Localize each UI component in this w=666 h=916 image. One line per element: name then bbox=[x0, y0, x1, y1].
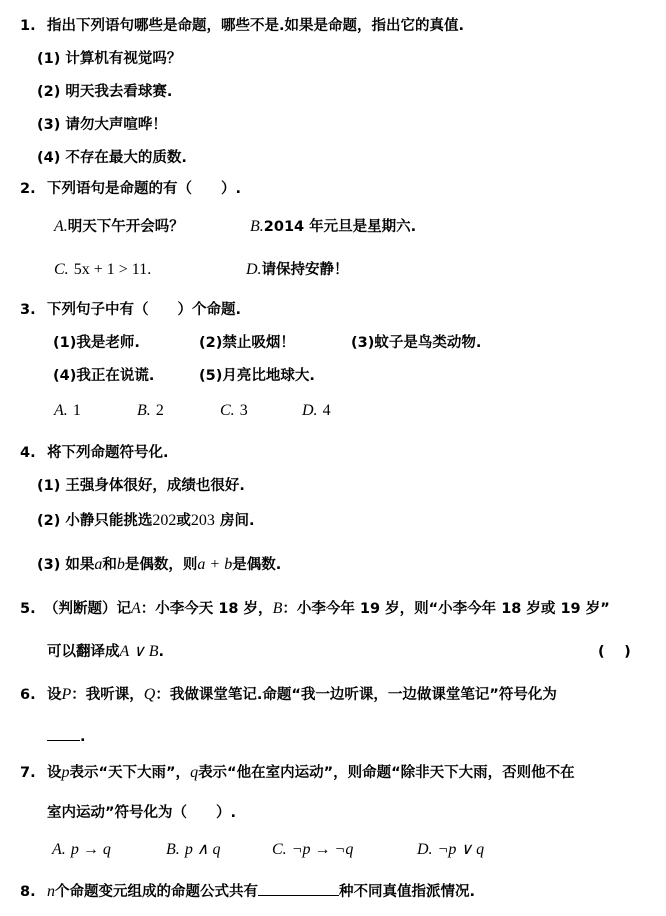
option-text: 1 bbox=[73, 402, 81, 419]
question-text: 表示“他在室内运动”，则命题“除非天下大雨，否则他不在 bbox=[198, 765, 575, 781]
question-text: 表示“天下大雨”， bbox=[70, 765, 191, 781]
option-text: 3 bbox=[240, 402, 248, 419]
option-letter: C. bbox=[220, 402, 235, 419]
question-7-option-d: D. ¬p ∨ q bbox=[417, 841, 484, 859]
question-text: （判断题）记 bbox=[44, 601, 131, 617]
room-number: 203 bbox=[191, 512, 215, 529]
question-7-number: 7. bbox=[20, 764, 36, 782]
item-text: 是偶数. bbox=[232, 557, 281, 573]
question-1-item-1: (1) 计算机有视觉吗？ bbox=[37, 50, 181, 68]
question-3-option-b: B. 2 bbox=[137, 402, 164, 420]
answer-parentheses: ( ) bbox=[598, 643, 631, 661]
question-4-stem: 将下列命题符号化. bbox=[47, 444, 169, 462]
fill-blank[interactable] bbox=[258, 883, 339, 896]
question-3-sentence-3: (3)蚊子是鸟类动物. bbox=[351, 334, 481, 352]
item-text: 小静只能挑选 bbox=[65, 513, 152, 529]
item-label: (1) bbox=[37, 478, 60, 494]
question-1-number: 1. bbox=[20, 17, 36, 35]
question-8-line: n个命题变元组成的命题公式共有种不同真值指派情况. bbox=[47, 883, 475, 901]
option-text: 明天下午开会吗？ bbox=[68, 219, 184, 235]
option-letter: B. bbox=[250, 218, 264, 235]
variable: p bbox=[62, 764, 70, 781]
question-3-sentence-2: (2)禁止吸烟！ bbox=[199, 334, 295, 352]
question-7-option-c: C. ¬p → ¬q bbox=[272, 841, 353, 859]
question-1-item-4: (4) 不存在最大的质数. bbox=[37, 149, 187, 167]
question-6-line-1: 设P：我听课，Q：我做课堂笔记.命题“我一边听课，一边做课堂笔记”符号化为 bbox=[47, 686, 557, 704]
question-text: ：我做课堂笔记.命题“我一边听课，一边做课堂笔记”符号化为 bbox=[155, 687, 557, 703]
question-1-item-3: (3) 请勿大声喧哗！ bbox=[37, 116, 167, 134]
item-text: 如果 bbox=[65, 557, 94, 573]
variable: n bbox=[47, 883, 55, 900]
question-2-stem: 下列语句是命题的有（ ）. bbox=[47, 180, 241, 198]
option-text: 4 bbox=[323, 402, 331, 419]
question-7-option-b: B. p ∧ q bbox=[166, 841, 221, 859]
question-6-number: 6. bbox=[20, 686, 36, 704]
option-letter: B. bbox=[137, 402, 151, 419]
option-letter: A. bbox=[52, 841, 66, 858]
option-letter: D. bbox=[302, 402, 318, 419]
variable: q bbox=[190, 764, 198, 781]
question-3-option-a: A. 1 bbox=[54, 402, 81, 420]
question-4-item-1: (1) 王强身体很好，成绩也很好. bbox=[37, 477, 245, 495]
variable: B bbox=[273, 600, 283, 617]
fill-blank[interactable] bbox=[47, 728, 80, 741]
question-3-sentence-1: (1)我是老师. bbox=[53, 334, 140, 352]
question-2-option-b: B.2014 年元旦是星期六. bbox=[250, 218, 416, 236]
question-text: ：我听课， bbox=[71, 687, 144, 703]
variable: b bbox=[117, 556, 125, 573]
item-label: (2) bbox=[37, 513, 60, 529]
math-expression: A ∨ B bbox=[120, 643, 159, 660]
question-7-line-2: 室内运动”符号化为（ ）. bbox=[47, 804, 236, 822]
item-label: (3) bbox=[37, 557, 60, 573]
math-expression: ¬p ∨ q bbox=[438, 841, 485, 858]
item-text: 是偶数，则 bbox=[125, 557, 198, 573]
question-2-option-c: C. 5x + 1 > 11. bbox=[54, 261, 151, 279]
question-text: ：小李今年 19 岁，则“小李今年 18 岁或 19 岁” bbox=[282, 601, 609, 617]
option-letter: B. bbox=[166, 841, 180, 858]
question-text: 可以翻译成 bbox=[47, 644, 120, 660]
question-text: 个命题变元组成的命题公式共有 bbox=[55, 884, 258, 900]
question-3-option-d: D. 4 bbox=[302, 402, 331, 420]
room-number: 202 bbox=[152, 512, 176, 529]
question-3-number: 3. bbox=[20, 301, 36, 319]
option-text: 请保持安静！ bbox=[262, 262, 349, 278]
variable: A bbox=[131, 600, 141, 617]
question-2-number: 2. bbox=[20, 180, 36, 198]
math-expression: ¬p → ¬q bbox=[292, 841, 354, 858]
question-2-option-d: D.请保持安静！ bbox=[246, 261, 349, 279]
question-text: 种不同真值指派情况. bbox=[339, 884, 475, 900]
question-5-line-2: 可以翻译成A ∨ B. bbox=[47, 643, 164, 661]
question-5-line-1: （判断题）记A：小李今天 18 岁，B：小李今年 19 岁，则“小李今年 18 … bbox=[44, 600, 610, 618]
option-text: 5x + 1 > 11. bbox=[74, 261, 151, 278]
variable: Q bbox=[144, 686, 156, 703]
option-letter: D. bbox=[417, 841, 433, 858]
question-text: 设 bbox=[47, 687, 62, 703]
question-text: . bbox=[80, 729, 86, 745]
question-3-option-c: C. 3 bbox=[220, 402, 248, 420]
option-letter: A. bbox=[54, 402, 68, 419]
question-text: . bbox=[158, 644, 164, 660]
question-8-number: 8. bbox=[20, 883, 36, 901]
question-1-stem: 指出下列语句哪些是命题，哪些不是.如果是命题，指出它的真值. bbox=[47, 17, 464, 35]
question-4-item-3: (3) 如果a和b是偶数，则a + b是偶数. bbox=[37, 556, 281, 574]
variable: P bbox=[62, 686, 72, 703]
question-7-option-a: A. p → q bbox=[52, 841, 111, 859]
question-3-sentence-4: (4)我正在说谎. bbox=[53, 367, 154, 385]
option-letter: A. bbox=[54, 218, 68, 235]
question-3-stem: 下列句子中有（ ）个命题. bbox=[47, 301, 241, 319]
question-text: 设 bbox=[47, 765, 62, 781]
question-text: ：小李今天 18 岁， bbox=[141, 601, 273, 617]
math-expression: p → q bbox=[71, 841, 111, 858]
question-1-item-2: (2) 明天我去看球赛. bbox=[37, 83, 172, 101]
question-4-item-2: (2) 小静只能挑选202或203 房间. bbox=[37, 512, 254, 530]
option-text: 2 bbox=[156, 402, 164, 419]
question-6-answer-blank[interactable]: . bbox=[47, 728, 86, 746]
option-letter: C. bbox=[54, 261, 69, 278]
math-expression: p ∧ q bbox=[185, 841, 221, 858]
option-text: 2014 年元旦是星期六. bbox=[264, 219, 416, 235]
question-7-line-1: 设p表示“天下大雨”，q表示“他在室内运动”，则命题“除非天下大雨，否则他不在 bbox=[47, 764, 575, 782]
question-5-number: 5. bbox=[20, 600, 36, 618]
question-3-sentence-5: (5)月亮比地球大. bbox=[199, 367, 315, 385]
item-text: 或 bbox=[176, 513, 191, 529]
option-letter: C. bbox=[272, 841, 287, 858]
math-expression: a + b bbox=[197, 556, 232, 573]
question-4-number: 4. bbox=[20, 444, 36, 462]
item-text: 王强身体很好，成绩也很好. bbox=[65, 478, 245, 494]
item-text: 房间. bbox=[220, 513, 255, 529]
option-letter: D. bbox=[246, 261, 262, 278]
question-2-option-a: A.明天下午开会吗？ bbox=[54, 218, 184, 236]
item-text: 和 bbox=[102, 557, 117, 573]
